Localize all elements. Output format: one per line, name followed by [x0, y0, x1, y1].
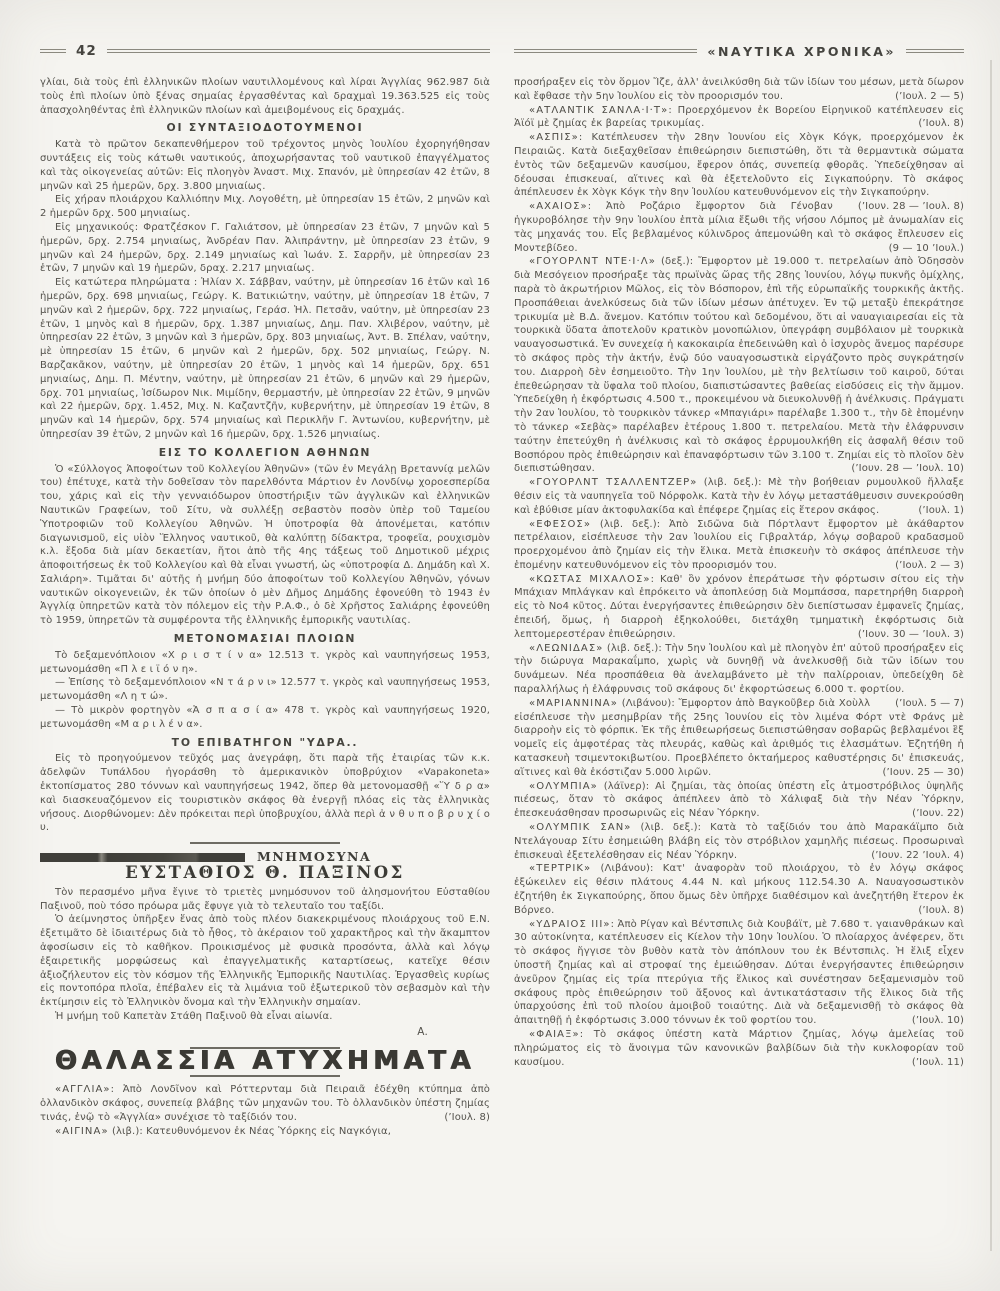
ship-name: «ΑΧΑΙΟΣ» — [529, 201, 588, 212]
ship-note: : — [580, 1029, 594, 1040]
ship-name: «ΑΣΠΙΣ» — [529, 132, 579, 143]
renaming-paragraph: — Τὸ μικρὸν φορτηγὸν «Ἀ σ π α σ ί α» 478… — [40, 704, 490, 732]
ship-entry: «ΑΣΠΙΣ»: Κατέπλευσεν τὴν 28ην Ἰουνίου εἰ… — [514, 131, 964, 200]
ship-name: «ΚΩΣΤΑΣ ΜΙΧΑΛΟΣ» — [529, 574, 651, 585]
page-number: 42 — [76, 43, 97, 59]
obituary-signature: Α. — [40, 1026, 490, 1040]
entry-text: Ἀπὸ Ρίγαν καὶ Βέντσπιλς διὰ Κουβάϊτ, μὲ … — [514, 919, 964, 1027]
ship-note: : — [651, 574, 660, 585]
entry-date: (’Ιουλ. 10) — [887, 1014, 964, 1028]
ship-name: «ΦΑΙΑΞ» — [529, 1029, 580, 1040]
left-column: γλίαι, διὰ τοὺς ἐπὶ ἑλληνικῶν πλοίων ναυ… — [40, 76, 490, 1139]
memorials-label: ΜΝΗΜΟΣΥΝΑ — [257, 850, 371, 864]
ship-entry-continuation: προσήραξεν εἰς τὸν ὅρμον Ἴζε, ἀλλ' ἀνειλ… — [514, 76, 964, 104]
hydra-paragraph: Εἰς τὸ προηγούμενον τεῦχός μας ἀνεγράφη,… — [40, 752, 490, 835]
ship-note: (λιβ. δεξ.): — [591, 519, 669, 530]
section-title-hydra: ΤΟ ΕΠΙΒΑΤΗΓΟΝ "ΥΔΡΑ.. — [40, 736, 490, 750]
entry-text: Ἔμφορτον μὲ 19.000 τ. πετρελαίων ἀπὸ Ὀδη… — [514, 256, 964, 474]
ship-note: (Λιβάνου): — [591, 863, 663, 874]
ship-name: «ΑΙΓΙΝΑ» — [55, 1126, 109, 1137]
ship-name: «ΓΟΥΟΡΛΝΤ ΤΣΑΛΛΕΝΤΖΕΡ» — [529, 477, 698, 488]
ship-name: «ΑΓΓΛΙΑ» — [55, 1084, 111, 1095]
separator-rule — [190, 842, 340, 844]
renaming-paragraph: Τὸ δεξαμενόπλοιον «Χ ρ ι σ τ ί ν α» 12.5… — [40, 649, 490, 677]
entry-date: (9 — 10 ’Ιουλ.) — [864, 242, 964, 256]
ship-entry: «ΓΟΥΟΡΛΝΤ ΤΣΑΛΛΕΝΤΖΕΡ» (λιβ. δεξ.): Μὲ τ… — [514, 476, 964, 517]
entry-date: (’Ιουλ. 8) — [419, 1111, 490, 1125]
ship-entry: «ΕΦΕΣΟΣ» (λιβ. δεξ.): Ἀπὸ Σιδῶνα διὰ Πόρ… — [514, 518, 964, 573]
ship-note: : — [588, 201, 606, 212]
sea-accidents-title: ΘΑΛΑΣΣΙΑ ΑΤΥΧΗΜΑΤΑ — [40, 1055, 490, 1069]
ship-entry: «ΑΓΓΛΙΑ»: Ἀπὸ Λονδῖνον καὶ Ρόττερνταμ δι… — [40, 1083, 490, 1124]
ship-entry: «ΓΟΥΟΡΛΝΤ ΝΤΕ·Ι·Λ» (δεξ.): Ἔμφορτον μὲ 1… — [514, 255, 964, 476]
memorials-header: ΜΝΗΜΟΣΥΝΑ — [40, 850, 490, 864]
magazine-page-scan: 42 «ΝΑΥΤΙΚΑ ΧΡΟΝΙΚΑ» γλίαι, διὰ τοὺς ἐπὶ… — [0, 0, 1000, 1291]
ship-name: «ΛΕΩΝΙΔΑΣ» — [529, 643, 603, 654]
separator-rule — [190, 1075, 340, 1077]
section-title-renamings: ΜΕΤΟΝΟΜΑΣΙΑΙ ΠΛΟΙΩΝ — [40, 632, 490, 646]
obituary-paragraph: Τὸν περασμένο μῆνα ἔγινε τὸ τριετὲς μνημ… — [40, 886, 490, 914]
obituary-title: ΕΥΣΤΑΘΙΟΣ Θ. ΠΑΞΙΝΟΣ — [40, 866, 490, 880]
head-rule — [107, 49, 490, 53]
entry-date: (’Ιουλ. 8) — [893, 117, 964, 131]
running-head-right: «ΝΑΥΤΙΚΑ ΧΡΟΝΙΚΑ» — [514, 44, 964, 59]
entry-date: (’Ιουλ. 8) — [893, 904, 964, 918]
ship-note: (λάϊνερ): — [598, 781, 655, 792]
obituary-paragraph: Ἡ μνήμη τοῦ Καπετὰν Στάθη Παξινοῦ θὰ εἶν… — [40, 1010, 490, 1024]
entry-date: (’Ιουν. 30 — ’Ιουλ. 3) — [833, 628, 964, 642]
ship-entry: «ΤΕΡΤΡΙΚ» (Λιβάνου): Κατ' ἀναφορὰν τοῦ π… — [514, 862, 964, 917]
entry-date: (’Ιουν. 28 — ’Ιουλ. 8) — [833, 200, 964, 214]
entry-date: (’Ιουλ. 2 — 3) — [870, 559, 964, 573]
pension-paragraph: Κατὰ τὸ πρῶτον δεκαπενθήμερον τοῦ τρέχον… — [40, 138, 490, 193]
section-title-athens-college: ΕΙΣ ΤΟ ΚΟΛΛΕΓΙΟΝ ΑΘΗΝΩΝ — [40, 446, 490, 460]
ship-entry: «ΑΤΛΑΝΤΙΚ ΣΑΝΛΑ·Ι·Τ»: Προερχόμενον ἐκ Βο… — [514, 104, 964, 132]
entry-date: (’Ιουλ. 5 — 7) — [870, 697, 964, 711]
head-rule — [514, 49, 697, 53]
entry-date: (’Ιουν. 22) — [887, 807, 964, 821]
ship-name: «ΥΔΡΑΙΟΣ ΙΙΙ» — [529, 919, 611, 930]
ship-name: «ΤΕΡΤΡΙΚ» — [529, 863, 591, 874]
entry-date: (’Ιουν. 28 — ’Ιουλ. 10) — [826, 462, 964, 476]
ship-entry: «ΟΛΥΜΠΙΑ» (λάϊνερ): Αἱ ζημίαι, τὰς ὁποία… — [514, 780, 964, 821]
entry-date: (’Ιουν. 22 ’Ιουλ. 4) — [846, 849, 964, 863]
ship-entry: «ΟΛΥΜΠΙΚ ΣΑΝ» (λιβ. δεξ.): Κατὰ τὸ ταξίδ… — [514, 821, 964, 862]
obituary-paragraph: Ὁ ἀείμνηστος ὑπῆρξεν ἕνας ἀπὸ τοὺς πλέον… — [40, 913, 490, 1010]
ship-name: «ΓΟΥΟΡΛΝΤ ΝΤΕ·Ι·Λ» — [529, 256, 656, 267]
ship-name: «ΟΛΥΜΠΙΑ» — [529, 781, 598, 792]
journal-title: «ΝΑΥΤΙΚΑ ΧΡΟΝΙΚΑ» — [707, 44, 896, 59]
ship-name: «ΜΑΡΙΑΝΝΙΝΑ» — [529, 698, 618, 709]
ship-name: «ΑΤΛΑΝΤΙΚ ΣΑΝΛΑ·Ι·Τ» — [529, 105, 668, 116]
renaming-paragraph: — Ἐπίσης τὸ δεξαμενόπλοιον «Ν τ ά ρ ν ι»… — [40, 676, 490, 704]
ship-entry: «ΥΔΡΑΙΟΣ ΙΙΙ»: Ἀπὸ Ρίγαν καὶ Βέντσπιλς δ… — [514, 918, 964, 1028]
scan-edge-artifact — [990, 60, 992, 1251]
running-head-left: 42 — [40, 43, 490, 59]
ship-entry: «ΛΕΩΝΙΔΑΣ» (λιβ. δεξ.): Τὴν 5ην Ἰουλίου … — [514, 642, 964, 697]
ship-note: : — [111, 1084, 123, 1095]
ship-name: «ΟΛΥΜΠΙΚ ΣΑΝ» — [529, 822, 632, 833]
ship-note: (δεξ.): — [656, 256, 698, 267]
ship-entry: «ΦΑΙΑΞ»: Τὸ σκάφος ὑπέστη κατὰ Μάρτιον ζ… — [514, 1028, 964, 1069]
running-head: 42 «ΝΑΥΤΙΚΑ ΧΡΟΝΙΚΑ» — [40, 40, 964, 62]
ship-note: (λιβ. δεξ.): — [603, 643, 665, 654]
ship-note: (Λιβάνου): — [618, 698, 679, 709]
pension-paragraph: Εἰς κατώτερα πληρώματα : Ἡλίαν Χ. Σάββαν… — [40, 276, 490, 442]
section-title-pensioners: ΟΙ ΣΥΝΤΑΞΙΟΔΟΤΟΥΜΕΝΟΙ — [40, 121, 490, 135]
ship-entry: «ΑΙΓΙΝΑ» (λιβ.): Κατευθυνόμενον ἐκ Νέας … — [40, 1125, 490, 1139]
entry-date: (’Ιουλ. 1) — [893, 504, 964, 518]
ship-entry: «ΚΩΣΤΑΣ ΜΙΧΑΛΟΣ»: Καθ' ὃν χρόνον ἐπεράτω… — [514, 573, 964, 642]
pension-paragraph: Εἰς μηχανικούς: Φρατζέσκον Γ. Γαλιάτσον,… — [40, 221, 490, 276]
ship-note: : — [579, 132, 592, 143]
head-rule — [40, 49, 66, 53]
college-paragraph: Ὁ «Σύλλογος Ἀποφοίτων τοῦ Κολλεγίου Ἀθην… — [40, 463, 490, 629]
entry-text: Κατευθυνόμενον ἐκ Νέας Ὑόρκης εἰς Ναγκόγ… — [146, 1126, 391, 1137]
pension-paragraph: Εἰς χήραν πλοιάρχου Καλλιόπην Μιχ. Λογοθ… — [40, 193, 490, 221]
ship-note: : — [668, 105, 677, 116]
ship-note: (λιβ. δεξ.): — [698, 477, 768, 488]
entry-date: (’Ιουν. 25 — 30) — [857, 766, 964, 780]
entry-date: (’Ιουλ. 2 — 5) — [885, 90, 964, 104]
ship-note: (λιβ.): — [109, 1126, 146, 1137]
memorials-bar — [40, 853, 245, 862]
entry-date: (’Ιουλ. 11) — [887, 1056, 964, 1070]
head-rule — [906, 49, 964, 53]
right-column: προσήραξεν εἰς τὸν ὅρμον Ἴζε, ἀλλ' ἀνειλ… — [514, 76, 964, 1139]
intro-paragraph: γλίαι, διὰ τοὺς ἐπὶ ἑλληνικῶν πλοίων ναυ… — [40, 76, 490, 117]
ship-note: (λιβ. δεξ.): — [632, 822, 711, 833]
ship-name: «ΕΦΕΣΟΣ» — [529, 519, 591, 530]
